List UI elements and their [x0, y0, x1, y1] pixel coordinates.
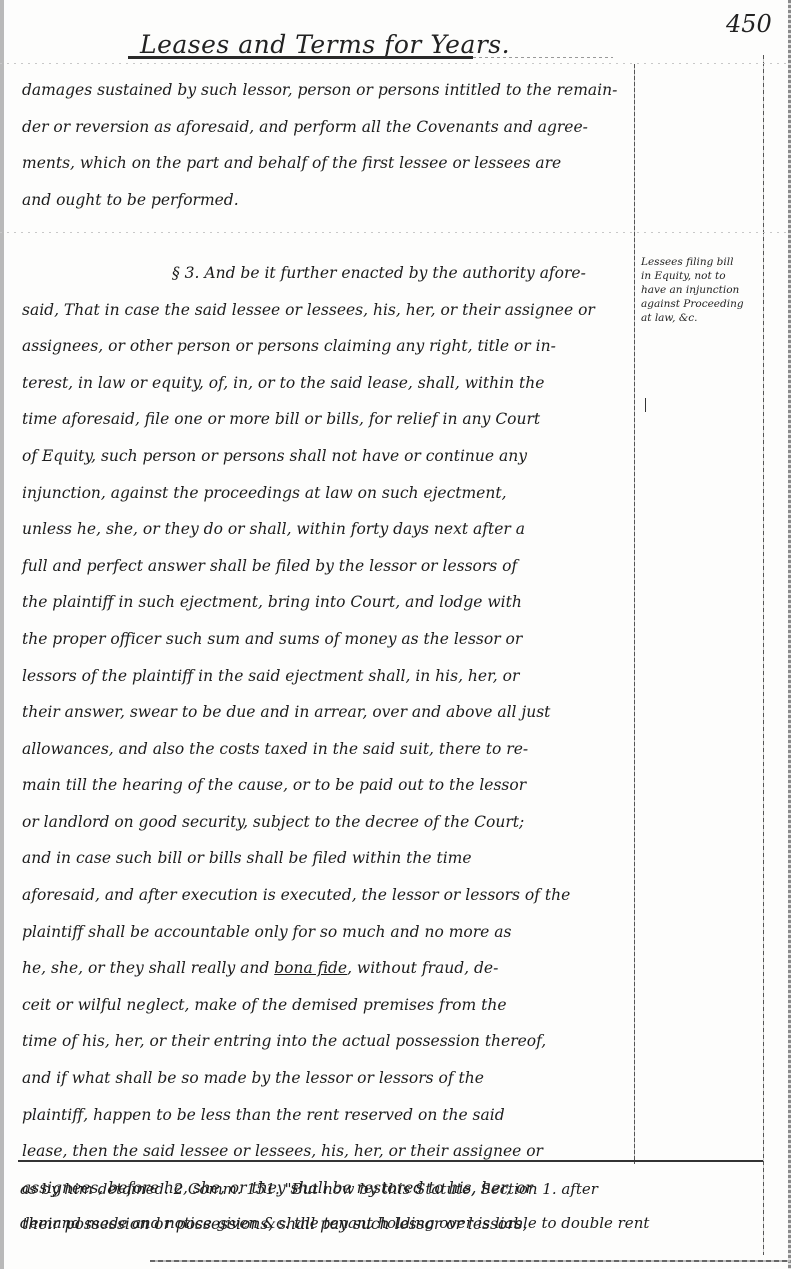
text-line: terest, in law or equity, of, in, or to … — [22, 365, 634, 402]
text-line: the proper officer such sum and sums of … — [22, 621, 634, 658]
text-line: of Equity, such person or persons shall … — [22, 438, 634, 475]
title-underline — [128, 56, 473, 59]
text-line: aforesaid, and after execution is execut… — [22, 877, 634, 914]
text-line: the plaintiff in such ejectment, bring i… — [22, 584, 634, 621]
footnote-line: as by him detained. 2 Comm. 151. "But no… — [20, 1172, 790, 1206]
text-line: ceit or wilful neglect, make of the demi… — [22, 987, 634, 1024]
text-line: der or reversion as aforesaid, and perfo… — [22, 109, 634, 146]
margin-note-line: against Proceeding — [641, 297, 766, 311]
faint-ruling-line — [0, 63, 791, 64]
manuscript-page: Leases and Terms for Years. 450 damages … — [0, 0, 791, 1269]
text-line: unless he, she, or they do or shall, wit… — [22, 511, 634, 548]
text-line: time aforesaid, file one or more bill or… — [22, 401, 634, 438]
margin-note: Lessees filing billin Equity, not tohave… — [641, 255, 766, 325]
text-line: full and perfect answer shall be filed b… — [22, 548, 634, 585]
margin-note-line: at law, &c. — [641, 311, 766, 325]
text-line: and if what shall be so made by the less… — [22, 1060, 634, 1097]
faint-ruling-line — [0, 232, 791, 233]
margin-note-line: have an injunction — [641, 283, 766, 297]
footnote-line: demand made and notice given &c. the ten… — [20, 1206, 790, 1240]
text-line: damages sustained by such lessor, person… — [22, 72, 634, 109]
text-line: main till the hearing of the cause, or t… — [22, 767, 634, 804]
text-line: said, That in case the said lessee or le… — [22, 292, 634, 329]
footnote-separator — [18, 1160, 763, 1162]
title-rule-extension — [473, 57, 613, 58]
page-number: 450 — [726, 10, 772, 38]
text-line: or landlord on good security, subject to… — [22, 804, 634, 841]
bottom-rule — [150, 1260, 790, 1262]
text-line: and ought to be performed. — [22, 182, 634, 219]
scan-left-edge — [0, 0, 4, 1269]
text-line: lease, then the said lessee or lessees, … — [22, 1133, 634, 1170]
margin-tick-mark — [645, 398, 646, 412]
margin-note-line: in Equity, not to — [641, 269, 766, 283]
page-title: Leases and Terms for Years. — [140, 30, 510, 59]
blank-line — [22, 218, 634, 255]
text-line: lessors of the plaintiff in the said eje… — [22, 658, 634, 695]
text-line: time of his, her, or their entring into … — [22, 1023, 634, 1060]
text-line: their answer, swear to be due and in arr… — [22, 694, 634, 731]
text-line: injunction, against the proceedings at l… — [22, 475, 634, 512]
text-line: allowances, and also the costs taxed in … — [22, 731, 634, 768]
body-text: damages sustained by such lessor, person… — [22, 72, 634, 1243]
text-column-rule — [634, 64, 635, 1164]
text-line: plaintiff shall be accountable only for … — [22, 914, 634, 951]
text-line: he, she, or they shall really and bona f… — [22, 950, 634, 987]
margin-note-line: Lessees filing bill — [641, 255, 766, 269]
text-line: ments, which on the part and behalf of t… — [22, 145, 634, 182]
footnote: as by him detained. 2 Comm. 151. "But no… — [20, 1172, 790, 1240]
text-line: assignees, or other person or persons cl… — [22, 328, 634, 365]
underlined-phrase: bona fide — [274, 959, 347, 977]
text-line: § 3. And be it further enacted by the au… — [22, 255, 634, 292]
text-line: plaintiff, happen to be less than the re… — [22, 1097, 634, 1134]
text-line: and in case such bill or bills shall be … — [22, 840, 634, 877]
margin-column-rule — [763, 55, 764, 1255]
